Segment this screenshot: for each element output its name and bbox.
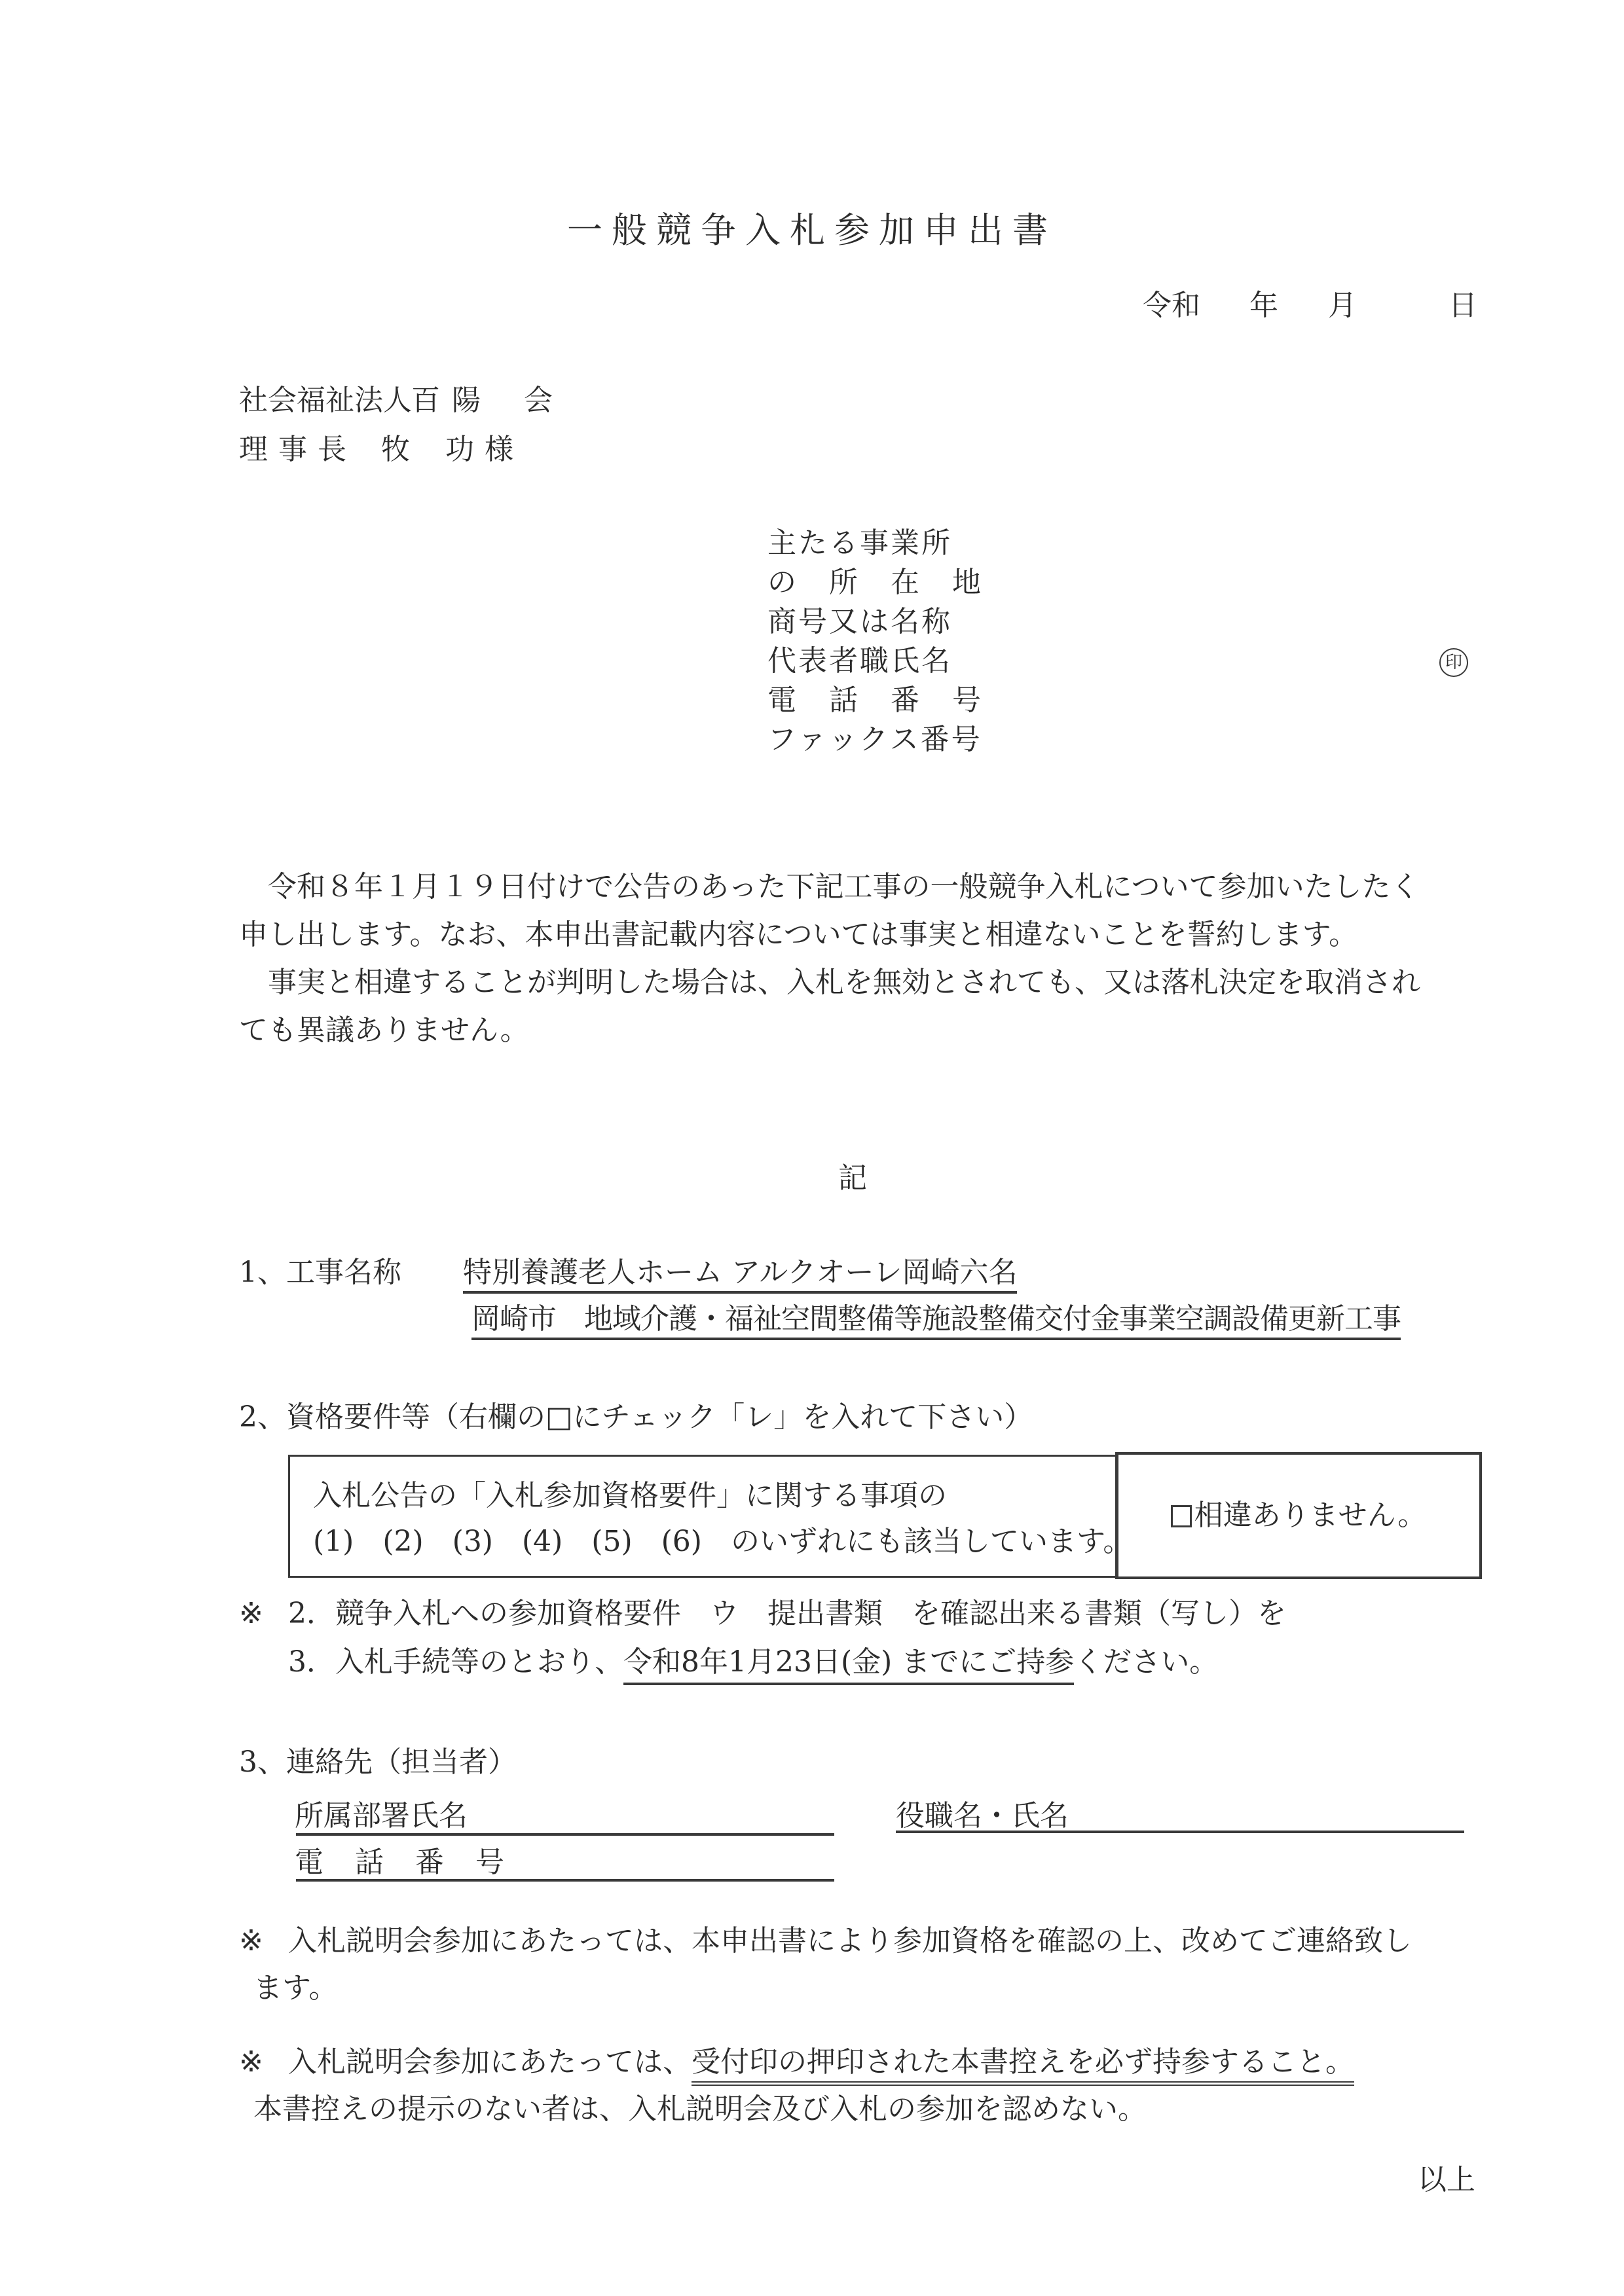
ki-heading: 記 (838, 1164, 867, 1193)
intro-line: 申し出します。なお、本申出書記載内容については事実と相違ないことを誓約します。 (239, 911, 1470, 958)
date-month-field[interactable] (1283, 288, 1323, 323)
applicant-label-fax: ファックス番号 (767, 725, 982, 754)
addressee-title-char: 事 (278, 435, 307, 464)
contact-position-label: 役職名・氏名 (896, 1802, 1069, 1831)
addressee-org-char: 百 (411, 386, 440, 415)
confirmation-cell: 相違ありません。 (1115, 1452, 1482, 1579)
date-month-label: 月 (1328, 291, 1357, 320)
note-mark: ※ (239, 1927, 263, 1956)
addressee-organization-prefix: 社会福祉法人 (239, 386, 412, 415)
addressee-name-char: 功 (445, 435, 474, 464)
document-title: 一般競争入札参加申出書 (0, 213, 1624, 248)
qualification-text-line2: (1) (2) (3) (4) (5) (6) のいずれにも該当しています。 (313, 1527, 1132, 1556)
intro-line: ても異議ありません。 (239, 1006, 1470, 1054)
documents-note-line2-suffix: ください。 (1074, 1645, 1218, 1679)
applicant-label-company: 商号又は名称 (767, 608, 952, 636)
section2-label: 2、資格要件等（右欄の□にチェック「レ」を入れて下さい） (239, 1403, 1033, 1432)
receipt-note-line1: 入札説明会参加にあたっては、受付印の押印された本書控えを必ず持参すること。 (288, 2048, 1354, 2077)
project-name-line1: 特別養護老人ホーム アルクオーレ岡崎六名 (463, 1258, 1017, 1294)
date-day-label: 日 (1449, 291, 1477, 320)
addressee-title-char: 長 (318, 435, 346, 464)
addressee-org-char: 陽 (452, 386, 481, 415)
section1-label: 1、工事名称 (239, 1258, 401, 1287)
contact-phone-label: 電 話 番 号 (295, 1848, 506, 1877)
note-mark: ※ (239, 1599, 263, 1628)
briefing-note-line2: ます。 (253, 1974, 337, 2003)
addressee-name-char: 牧 (381, 435, 410, 464)
addressee-honorific: 様 (485, 435, 513, 464)
seal-icon: 印 (1439, 648, 1468, 677)
receipt-note-emphasis: 受付印の押印された本書控えを必ず持参すること。 (692, 2045, 1354, 2086)
qualification-text-line1: 入札公告の「入札参加資格要件」に関する事項の (313, 1482, 947, 1510)
qualification-statement-box: 入札公告の「入札参加資格要件」に関する事項の (1) (2) (3) (4) (… (288, 1455, 1118, 1578)
applicant-phone-field[interactable] (1022, 681, 1414, 718)
applicant-label-phone: 電 話 番 号 (767, 686, 983, 715)
applicant-office-field[interactable] (1022, 524, 1414, 602)
section3-label: 3、連絡先（担当者） (239, 1748, 517, 1777)
addressee-org-char: 会 (524, 386, 553, 415)
confirmation-label: 相違ありません。 (1194, 1499, 1427, 1532)
applicant-label-representative: 代表者職氏名 (767, 647, 952, 676)
documents-note-line2: 3．入札手続等のとおり、令和8年1月23日(金) までにご持参ください。 (288, 1648, 1218, 1677)
date-year-label: 年 (1249, 291, 1278, 320)
applicant-label-office: 主たる事業所 (767, 529, 952, 558)
closing-mark: 以上 (1418, 2166, 1475, 2195)
addressee-title-char: 理 (239, 435, 268, 464)
deadline-text: 令和8年1月23日(金) までにご持参 (623, 1645, 1074, 1685)
documents-note-line2-prefix: 3．入札手続等のとおり、 (288, 1645, 623, 1679)
documents-note-line1: 2．競争入札への参加資格要件 ウ 提出書類 を確認出来る書類（写し）を (288, 1599, 1286, 1628)
note-mark: ※ (239, 2048, 263, 2077)
applicant-fax-field[interactable] (1022, 720, 1414, 757)
project-name-line2: 岡崎市 地域介護・福祉空間整備等施設整備交付金事業空調設備更新工事 (471, 1305, 1401, 1340)
intro-line: 令和８年１月１９日付けで公告のあった下記工事の一般競争入札について参加いたしたく (239, 863, 1470, 911)
contact-department-field[interactable] (296, 1833, 834, 1836)
contact-phone-field[interactable] (296, 1879, 834, 1882)
briefing-note-line1: 入札説明会参加にあたっては、本申出書により参加資格を確認の上、改めてご連絡致し (288, 1927, 1412, 1956)
applicant-label-address: の 所 在 地 (767, 568, 983, 597)
intro-paragraph: 令和８年１月１９日付けで公告のあった下記工事の一般競争入札について参加いたしたく… (239, 863, 1470, 1054)
confirmation-checkbox[interactable] (1171, 1505, 1192, 1527)
intro-line: 事実と相違することが判明した場合は、入札を無効とされても、又は落札決定を取消され (239, 958, 1470, 1006)
date-year-field[interactable] (1208, 288, 1247, 323)
applicant-representative-field[interactable] (1022, 642, 1414, 678)
contact-position-field[interactable] (896, 1831, 1464, 1833)
receipt-note-line2: 本書控えの提示のない者は、入札説明会及び入札の参加を認めない。 (253, 2095, 1147, 2124)
contact-department-label: 所属部署氏名 (295, 1802, 468, 1831)
date-day-field[interactable] (1369, 288, 1441, 323)
applicant-company-field[interactable] (1022, 602, 1414, 639)
receipt-note-prefix: 入札説明会参加にあたっては、 (288, 2045, 692, 2079)
confirmation-checkbox-wrapper[interactable]: 相違ありません。 (1171, 1501, 1427, 1530)
date-era: 令和 (1143, 291, 1200, 320)
